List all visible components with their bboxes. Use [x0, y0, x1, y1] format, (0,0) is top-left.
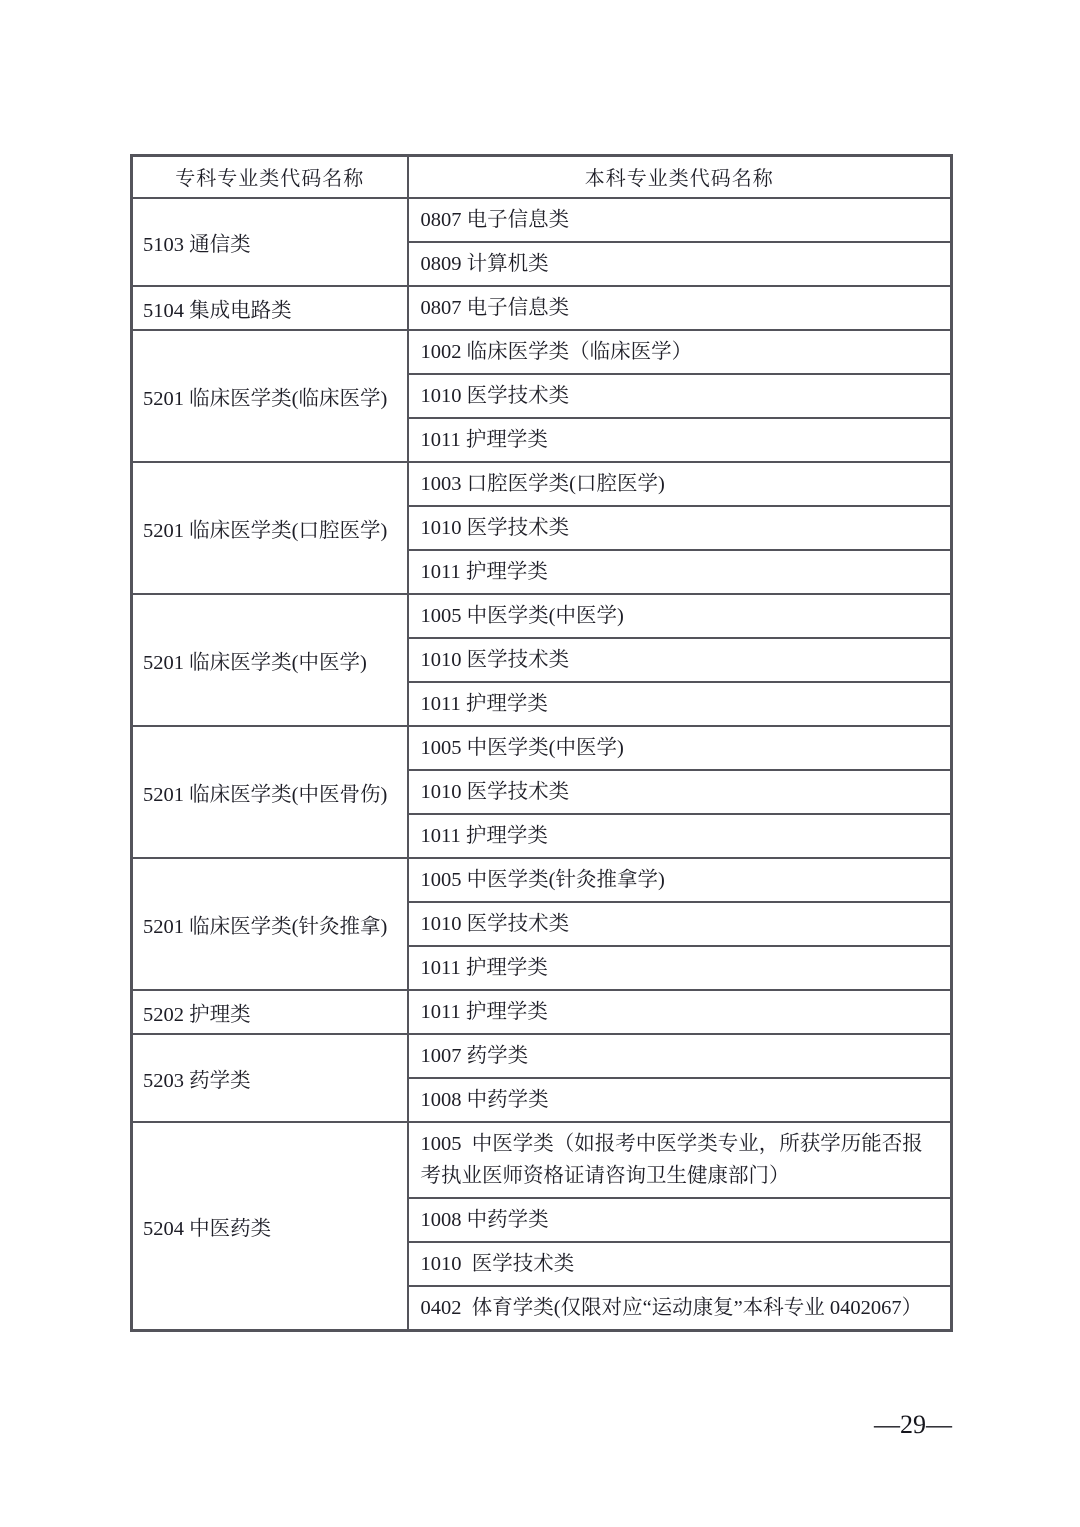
undergraduate-major-cell: 1011 护理学类	[408, 550, 952, 594]
undergraduate-major-cell: 1011 护理学类	[408, 990, 952, 1034]
undergraduate-major-cell: 1008 中药学类	[408, 1078, 952, 1122]
undergraduate-major-cell: 1005 中医学类(中医学)	[408, 594, 952, 638]
undergraduate-major-cell: 1011 护理学类	[408, 946, 952, 990]
undergraduate-major-cell: 1010 医学技术类	[408, 638, 952, 682]
table-row: 5104 集成电路类0807 电子信息类	[132, 286, 952, 330]
table-body: 5103 通信类0807 电子信息类0809 计算机类5104 集成电路类080…	[132, 198, 952, 1331]
vocational-major-cell: 5201 临床医学类(临床医学)	[132, 330, 408, 462]
vocational-major-cell: 5202 护理类	[132, 990, 408, 1034]
table-row: 5202 护理类1011 护理学类	[132, 990, 952, 1034]
undergraduate-major-cell: 1005 中医学类(针灸推拿学)	[408, 858, 952, 902]
undergraduate-major-cell: 1003 口腔医学类(口腔医学)	[408, 462, 952, 506]
undergraduate-major-cell: 0807 电子信息类	[408, 286, 952, 330]
undergraduate-major-cell: 1007 药学类	[408, 1034, 952, 1078]
undergraduate-major-cell: 1005 中医学类(中医学)	[408, 726, 952, 770]
vocational-major-cell: 5203 药学类	[132, 1034, 408, 1122]
table-row: 5103 通信类0807 电子信息类	[132, 198, 952, 242]
major-code-mapping-table: 专科专业类代码名称 本科专业类代码名称 5103 通信类0807 电子信息类08…	[130, 154, 953, 1332]
table-row: 5201 临床医学类(中医学)1005 中医学类(中医学)	[132, 594, 952, 638]
vocational-major-cell: 5201 临床医学类(针灸推拿)	[132, 858, 408, 990]
vocational-major-cell: 5201 临床医学类(口腔医学)	[132, 462, 408, 594]
undergraduate-major-cell: 0402 体育学类(仅限对应“运动康复”本科专业 0402067）	[408, 1286, 952, 1331]
undergraduate-major-cell: 1005 中医学类（如报考中医学类专业，所获学历能否报考执业医师资格证请咨询卫生…	[408, 1122, 952, 1198]
undergraduate-major-cell: 1010 医学技术类	[408, 770, 952, 814]
vocational-major-cell: 5201 临床医学类(中医学)	[132, 594, 408, 726]
table-row: 5201 临床医学类(针灸推拿)1005 中医学类(针灸推拿学)	[132, 858, 952, 902]
undergraduate-major-cell: 1008 中药学类	[408, 1198, 952, 1242]
document-page: 专科专业类代码名称 本科专业类代码名称 5103 通信类0807 电子信息类08…	[0, 0, 1080, 1527]
table-row: 5201 临床医学类(临床医学)1002 临床医学类（临床医学）	[132, 330, 952, 374]
header-vocational-column: 专科专业类代码名称	[132, 156, 408, 198]
vocational-major-cell: 5103 通信类	[132, 198, 408, 286]
table-row: 5201 临床医学类(口腔医学)1003 口腔医学类(口腔医学)	[132, 462, 952, 506]
vocational-major-cell: 5201 临床医学类(中医骨伤)	[132, 726, 408, 858]
undergraduate-major-cell: 1010 医学技术类	[408, 374, 952, 418]
undergraduate-major-cell: 0807 电子信息类	[408, 198, 952, 242]
undergraduate-major-cell: 1011 护理学类	[408, 418, 952, 462]
table-row: 5201 临床医学类(中医骨伤)1005 中医学类(中医学)	[132, 726, 952, 770]
vocational-major-cell: 5104 集成电路类	[132, 286, 408, 330]
undergraduate-major-cell: 1011 护理学类	[408, 682, 952, 726]
header-undergraduate-column: 本科专业类代码名称	[408, 156, 952, 198]
undergraduate-major-cell: 1010 医学技术类	[408, 506, 952, 550]
undergraduate-major-cell: 1010 医学技术类	[408, 1242, 952, 1286]
undergraduate-major-cell: 1010 医学技术类	[408, 902, 952, 946]
undergraduate-major-cell: 1011 护理学类	[408, 814, 952, 858]
vocational-major-cell: 5204 中医药类	[132, 1122, 408, 1331]
table-header-row: 专科专业类代码名称 本科专业类代码名称	[132, 156, 952, 198]
undergraduate-major-cell: 1002 临床医学类（临床医学）	[408, 330, 952, 374]
table-row: 5203 药学类1007 药学类	[132, 1034, 952, 1078]
undergraduate-major-cell: 0809 计算机类	[408, 242, 952, 286]
page-number: —29—	[874, 1410, 952, 1440]
table-row: 5204 中医药类1005 中医学类（如报考中医学类专业，所获学历能否报考执业医…	[132, 1122, 952, 1198]
